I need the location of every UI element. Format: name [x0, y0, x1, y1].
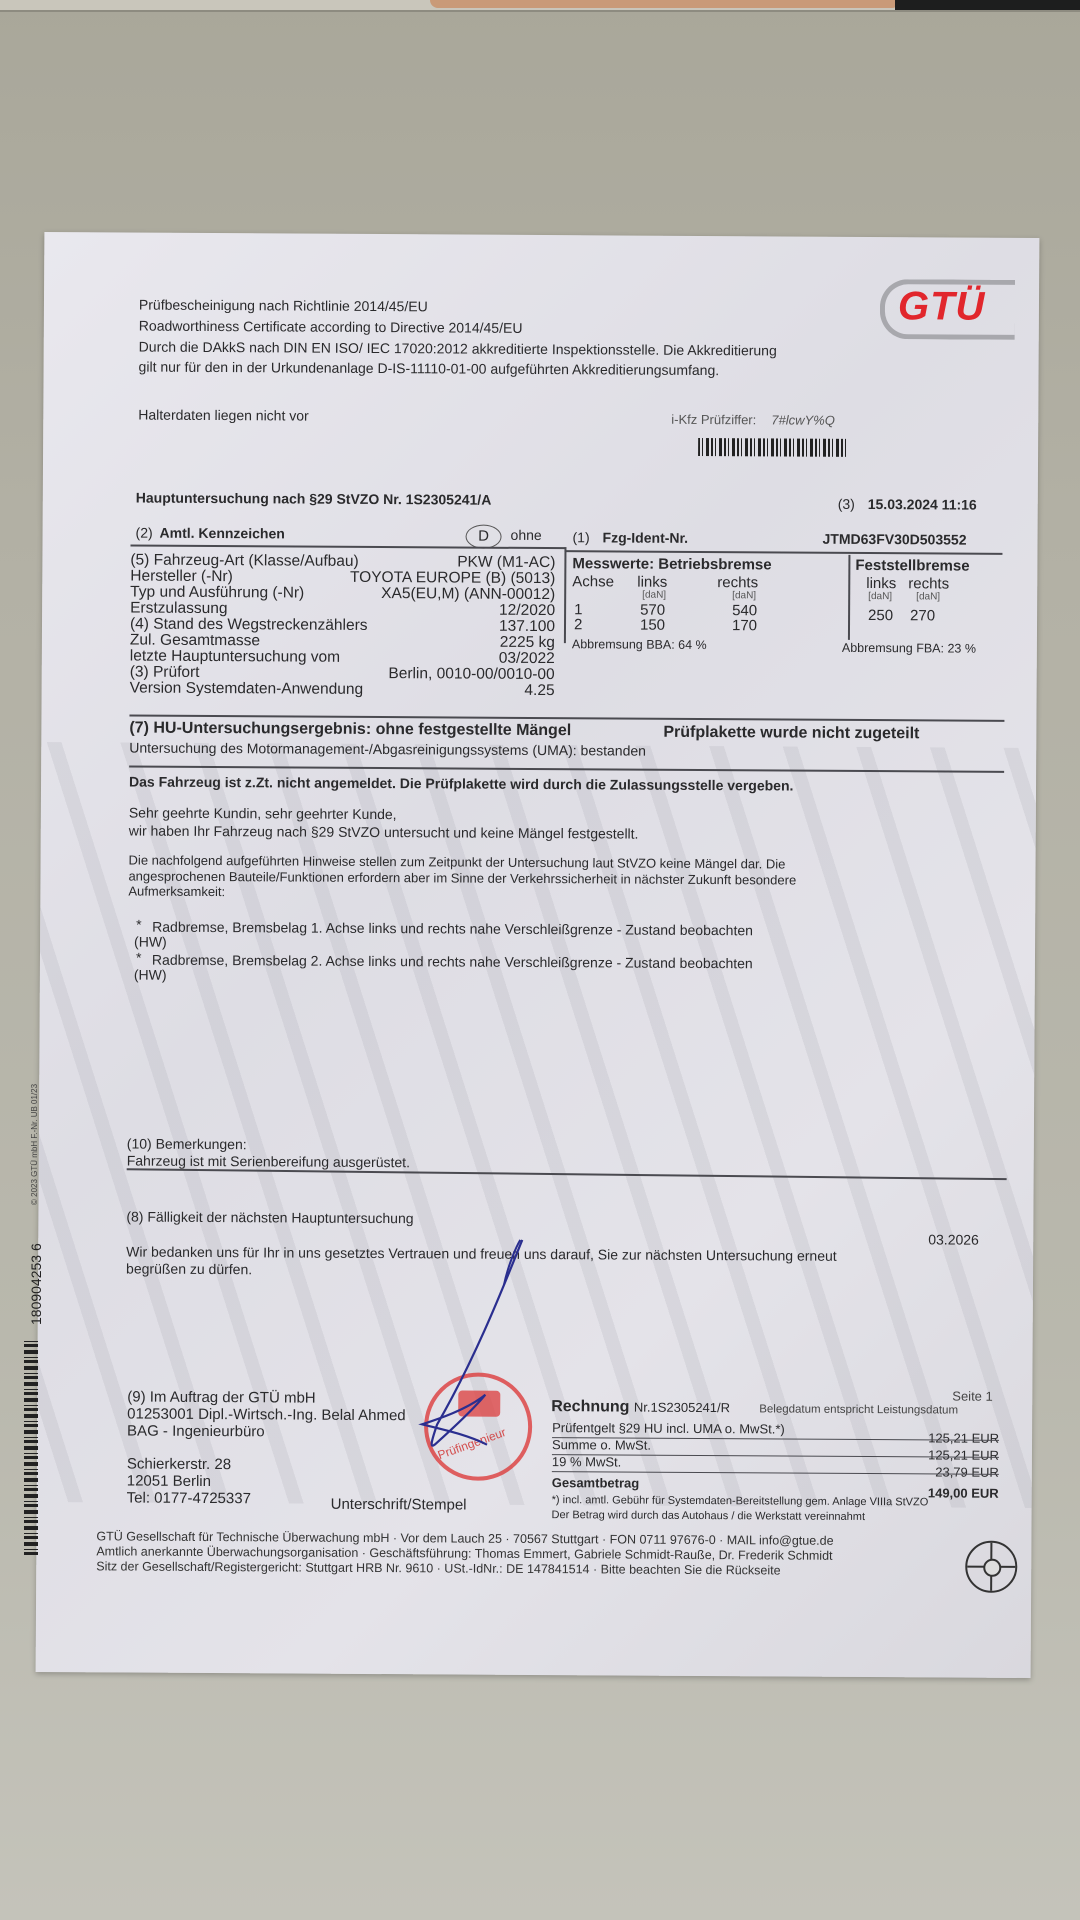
header-line-1: Prüfbescheinigung nach Richtlinie 2014/4…	[139, 297, 428, 315]
unit-right: [daN]	[732, 590, 756, 601]
inspector-phone: Tel: 0177-4725337	[127, 1490, 251, 1508]
service-brake-title: Messwerte: Betriebsbremse	[572, 555, 771, 573]
divider	[564, 547, 566, 643]
stamp-text: Prüfingenieur	[436, 1425, 508, 1462]
vehicle-data-list: (5) Fahrzeug-Art (Klasse/Aufbau)PKW (M1-…	[44, 232, 1039, 238]
pb-right-value: 270	[910, 607, 935, 624]
parking-brake-title: Feststellbremse	[855, 557, 969, 575]
page-number: Seite 1	[952, 1389, 993, 1404]
header-line-3: Durch die DAkkS nach DIN EN ISO/ IEC 170…	[139, 339, 777, 359]
inspector-name: 01253001 Dipl.-Wirtsch.-Ing. Belal Ahmed	[127, 1406, 406, 1425]
holder-note: Halterdaten liegen nicht vor	[138, 407, 309, 424]
ikfz-checksum: 7#lcwY%Q	[771, 412, 835, 427]
invoice-rows: Prüfentgelt §29 HU incl. UMA o. MwSt.*)1…	[44, 232, 1039, 238]
col-left: links	[637, 574, 667, 591]
surface-edge	[0, 10, 1080, 12]
country-oval-d: D	[465, 525, 501, 549]
fba-efficiency: Abbremsung FBA: 23 %	[842, 641, 976, 656]
form-number: 180904253 6	[28, 1243, 44, 1325]
inspector-office: BAG - Ingenieurbüro	[127, 1423, 265, 1441]
vehicle-field-value: XA5(EU,M) (ANN-00012)	[381, 586, 555, 603]
background-edge	[0, 0, 1080, 12]
inspection-certificate: Prüfbescheinigung nach Richtlinie 2014/4…	[36, 232, 1040, 1678]
axle-2: 2	[574, 616, 582, 633]
pb-left-value: 250	[868, 607, 893, 624]
vin-value: JTMD63FV30D503552	[822, 531, 966, 548]
logo-text: GTÜ	[898, 284, 986, 330]
hint-item-2-code: (HW)	[134, 967, 167, 983]
result-title: (7) HU-Untersuchungsergebnis: ohne festg…	[129, 720, 571, 741]
form-barcode	[24, 1340, 38, 1555]
footer-line-3: Sitz der Gesellschaft/Registergericht: S…	[96, 1559, 780, 1577]
inspector-stamp: Prüfingenieur	[424, 1372, 533, 1481]
vehicle-field-value: 2225 kg	[500, 635, 555, 651]
pb-unit-right: [daN]	[916, 591, 940, 602]
stamp-logo	[458, 1391, 500, 1417]
vehicle-field-value: 03/2022	[499, 651, 555, 667]
inspector-line-1: (9) Im Auftrag der GTÜ mbH	[127, 1389, 315, 1407]
invoice-footnote: *) incl. amtl. Gebühr für Systemdaten-Be…	[552, 1494, 929, 1508]
remarks-text: Fahrzeug ist mit Serienbereifung ausgerü…	[127, 1152, 410, 1170]
plate-label: Amtl. Kennzeichen	[160, 525, 285, 542]
sticker-status: Prüfplakette wurde nicht zugeteilt	[663, 724, 919, 744]
header-line-4: gilt nur für den in der Urkundenanlage D…	[139, 359, 720, 379]
plate-value: ohne	[511, 527, 542, 543]
ikfz-barcode	[698, 438, 848, 457]
inspector-city: 12051 Berlin	[127, 1473, 211, 1491]
next-inspection-label: (8) Fälligkeit der nächsten Hauptuntersu…	[126, 1208, 413, 1226]
ikfz-label: i-Kfz Prüfziffer:	[671, 412, 756, 428]
gtue-logo: GTÜ	[880, 279, 1016, 335]
invoice-title: Rechnung	[551, 1398, 629, 1415]
vehicle-field-value: 12/2020	[499, 603, 555, 619]
background-object-dark	[895, 0, 1080, 10]
divider	[564, 550, 1002, 554]
unit-left: [daN]	[642, 590, 666, 601]
axle-2-left: 150	[640, 617, 665, 634]
vehicle-field-value: Berlin, 0010-00/0010-00	[388, 666, 554, 683]
greeting: Sehr geehrte Kundin, sehr geehrter Kunde…	[129, 805, 397, 823]
vehicle-field-label: Version Systemdaten-Anwendung	[130, 681, 364, 698]
seal-hub	[983, 1559, 1001, 1577]
background-object	[430, 0, 900, 8]
invoice-row-label: Prüfentgelt §29 HU incl. UMA o. MwSt.*)	[552, 1420, 785, 1436]
invoice-row-amount: 125,21 EUR	[849, 1447, 999, 1463]
divider	[130, 545, 565, 549]
invoice-row-amount: 23,79 EUR	[849, 1464, 999, 1480]
vin-label: Fzg-Ident-Nr.	[603, 529, 689, 546]
col-right: rechts	[717, 574, 758, 591]
hint-intro-3: Aufmerksamkeit:	[128, 883, 225, 899]
invoice-collection-note: Der Betrag wird durch das Autohaus / die…	[552, 1509, 866, 1523]
result-text: (7) HU-Untersuchungsergebnis: ohne festg…	[129, 720, 571, 740]
invoice-date-note: Belegdatum entspricht Leistungsdatum	[759, 1403, 958, 1416]
divider	[848, 555, 850, 640]
vehicle-field-label: (3) Prüfort	[130, 665, 200, 681]
axle-2-right: 170	[732, 617, 757, 634]
inspection-datetime: 15.03.2024 11:16	[868, 496, 977, 513]
hint-bullet: *	[136, 950, 142, 966]
bba-efficiency: Abbremsung BBA: 64 %	[572, 637, 707, 652]
pb-unit-left: [daN]	[868, 591, 892, 602]
date-label: (3)	[838, 496, 855, 512]
hint-bullet: *	[136, 917, 142, 933]
invoice-header: Rechnung Nr.1S2305241/R	[551, 1398, 730, 1417]
invoice-row-label: Summe o. MwSt.	[552, 1437, 651, 1453]
hint-item-1-code: (HW)	[134, 934, 167, 950]
vehicle-field-value: 137.100	[499, 619, 555, 635]
copyright-note: © 2023 GTÜ mbH F.-Nr. UB 01/23	[30, 1084, 39, 1205]
invoice-total-label: Gesamtbetrag	[552, 1475, 640, 1491]
thanks-line-2: begrüßen zu dürfen.	[126, 1260, 252, 1277]
col-axle: Achse	[572, 573, 614, 590]
letter-body: wir haben Ihr Fahrzeug nach §29 StVZO un…	[129, 823, 639, 842]
vehicle-data-row: Version Systemdaten-Anwendung4.25	[130, 681, 555, 700]
invoice-row-amount: 125,21 EUR	[849, 1430, 999, 1446]
header-line-2: Roadworthiness Certificate according to …	[139, 318, 523, 336]
inspection-seal-icon	[965, 1541, 1017, 1593]
next-inspection-date: 03.2026	[928, 1231, 979, 1247]
vin-label-number: (1)	[573, 529, 590, 545]
invoice-row-label: 19 % MwSt.	[552, 1454, 621, 1469]
signature-label: Unterschrift/Stempel	[331, 1496, 467, 1514]
plate-label-number: (2)	[136, 525, 153, 541]
remarks-label: (10) Bemerkungen:	[127, 1135, 247, 1152]
inspection-title: Hauptuntersuchung nach §29 StVZO Nr. 1S2…	[136, 490, 492, 508]
invoice-number: Nr.1S2305241/R	[634, 1400, 730, 1416]
pb-col-right: rechts	[908, 575, 949, 592]
vehicle-field-value: 4.25	[524, 683, 554, 699]
uma-result: Untersuchung des Motormanagement-/Abgasr…	[129, 740, 646, 759]
inspector-street: Schierkerstr. 28	[127, 1456, 231, 1474]
pb-col-left: links	[866, 575, 896, 592]
